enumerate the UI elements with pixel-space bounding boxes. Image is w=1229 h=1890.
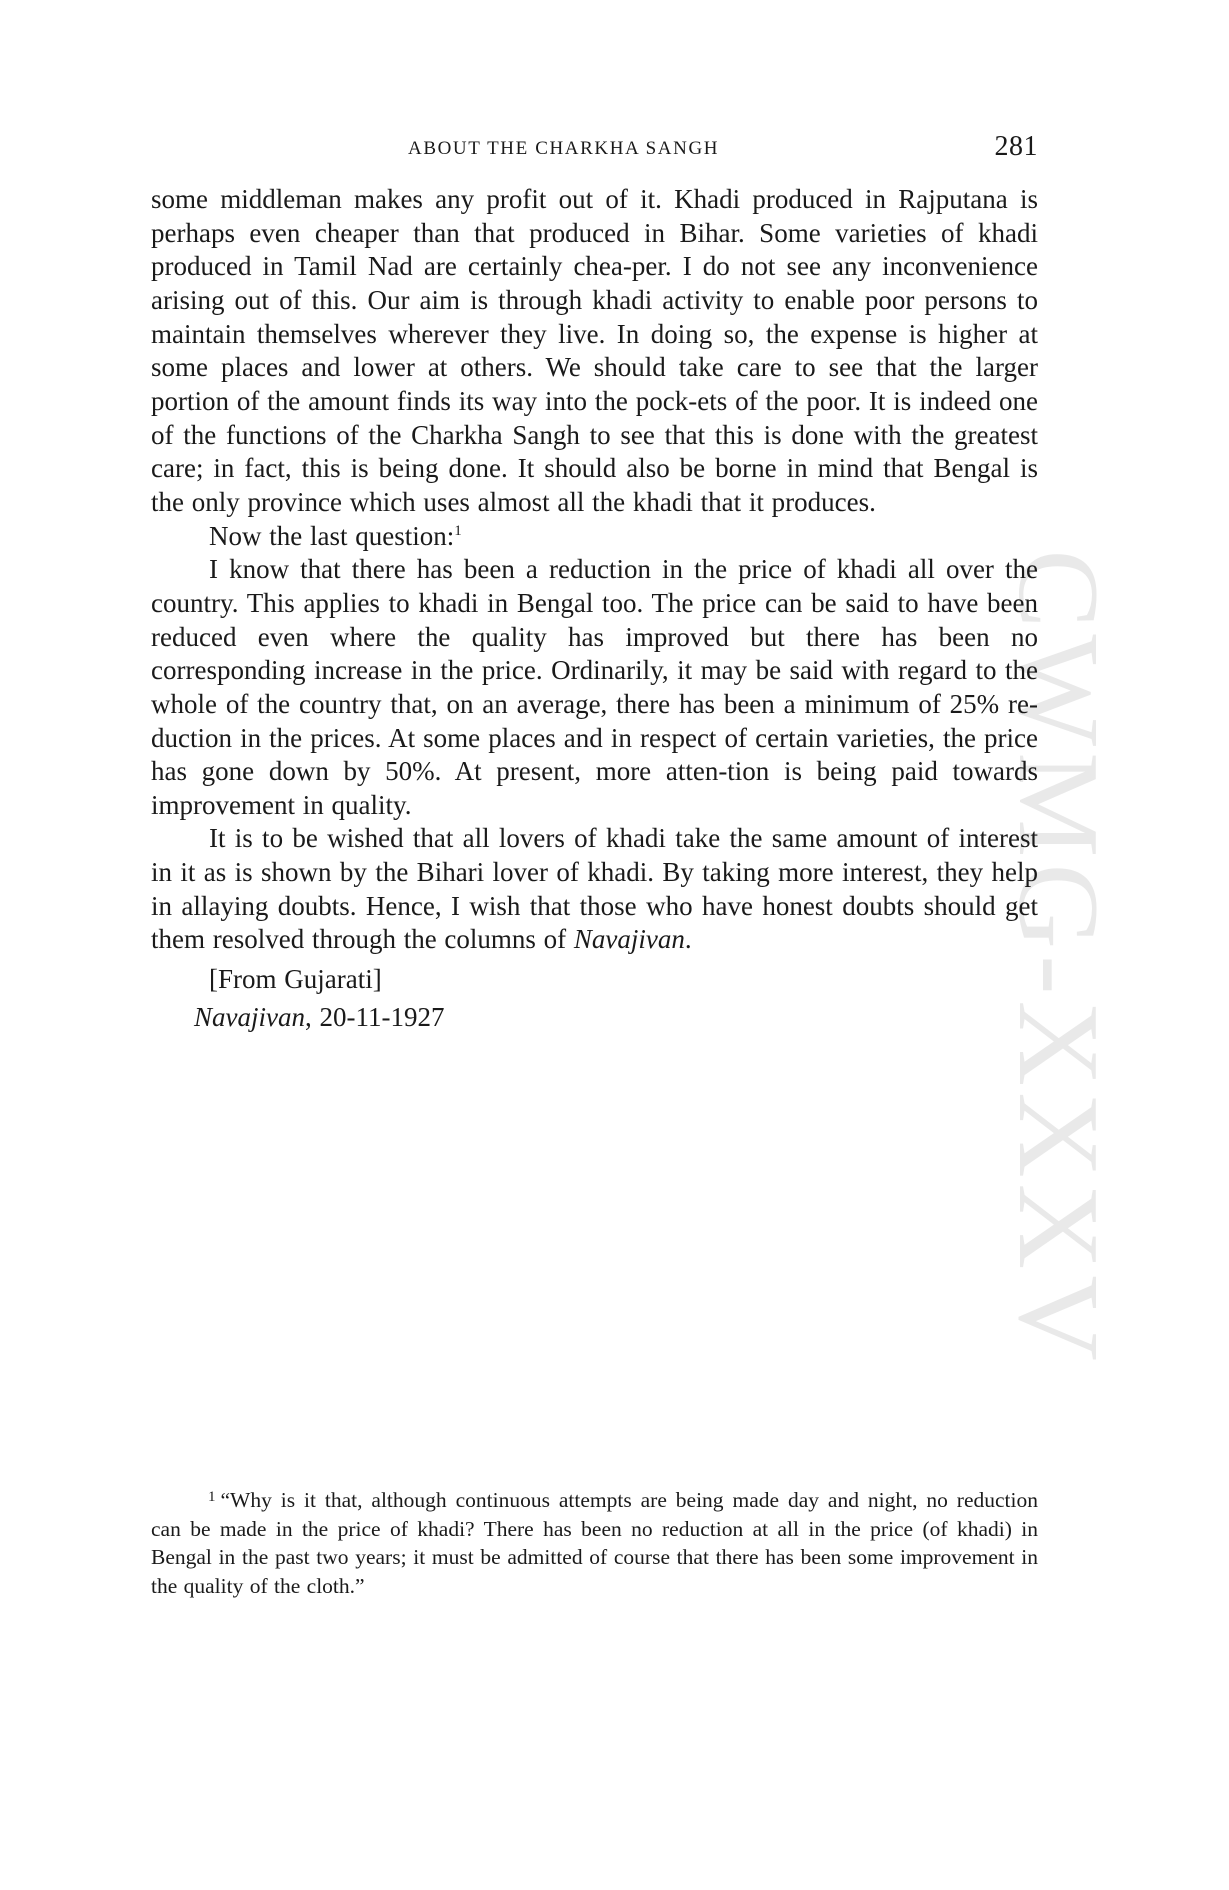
citation-date: , 20-11-1927 [305, 1002, 444, 1032]
footnote-1: 1“Why is it that, although continuous at… [151, 1486, 1038, 1600]
paragraph-text: Now the last question: [209, 521, 454, 551]
page-number: 281 [995, 131, 1039, 163]
paragraph-lovers-of-khadi: It is to be wished that all lovers of kh… [151, 822, 1038, 957]
footnote-text: “Why is it that, although continuous att… [151, 1488, 1038, 1598]
publication-name: Navajivan [574, 924, 685, 954]
citation: Navajivan, 20-11-1927 [151, 1001, 1038, 1035]
footnote-reference[interactable]: 1 [454, 523, 462, 539]
paragraph-continued: some middleman makes any profit out of i… [151, 183, 1038, 520]
body-text: some middleman makes any profit out of i… [151, 183, 1038, 1034]
paragraph-last-question: Now the last question:1 [151, 520, 1038, 554]
paragraph-text-end: . [685, 924, 692, 954]
running-title: ABOUT THE CHARKHA SANGH [408, 138, 719, 160]
paragraph-price-reduction: I know that there has been a reduction i… [151, 553, 1038, 822]
footnotes: 1“Why is it that, although continuous at… [151, 1486, 1038, 1600]
running-head: ABOUT THE CHARKHA SANGH 281 [151, 134, 1038, 164]
source-note: [From Gujarati] [151, 963, 1038, 997]
citation-publication: Navajivan [194, 1002, 305, 1032]
footnote-marker: 1 [208, 1489, 216, 1505]
